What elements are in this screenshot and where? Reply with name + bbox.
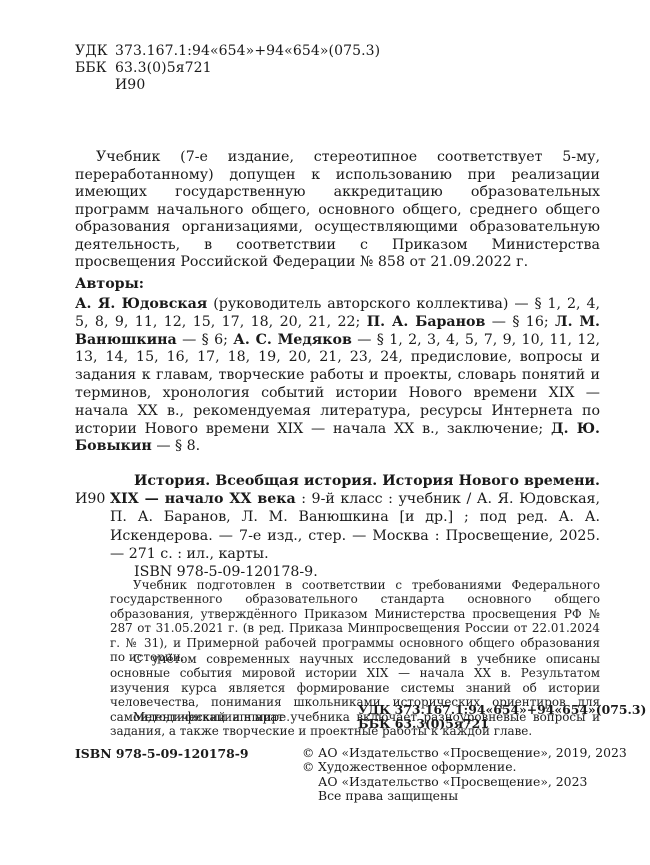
bbk-value: 63.3(0)5я721: [115, 60, 212, 77]
author-mark: И90: [115, 77, 145, 94]
catalog-code: И90: [75, 490, 105, 508]
author-contribution: — § 16;: [485, 314, 555, 330]
author-contribution: — § 8.: [152, 438, 200, 454]
bottom-classification: УДК 373.167.1:94«654»+94«654»(075.3) ББК…: [358, 703, 646, 732]
author-contribution: — § 6;: [177, 332, 234, 348]
author-mark-row: И90: [75, 77, 380, 94]
copyright-text: АО «Издательство «Просвещение», 2023: [318, 775, 587, 789]
author-name: А. Я. Юдовская: [75, 296, 207, 312]
copyright-icon: [302, 789, 318, 803]
copyright-text: АО «Издательство «Просвещение», 2019, 20…: [318, 746, 627, 760]
copyright-block: ©АО «Издательство «Просвещение», 2019, 2…: [302, 746, 627, 804]
udk-label: УДК: [75, 43, 115, 60]
bottom-bbk: ББК 63.3(0)5я721: [358, 717, 646, 731]
catalog-description: История. Всеобщая история. История Новог…: [110, 472, 600, 563]
approval-paragraph: Учебник (7-е издание, стереотипное соотв…: [75, 149, 600, 272]
copyright-icon: ©: [302, 760, 318, 774]
authors-heading: Авторы:: [75, 276, 144, 294]
udk-row: УДК 373.167.1:94«654»+94«654»(075.3): [75, 43, 380, 60]
classification-block: УДК 373.167.1:94«654»+94«654»(075.3) ББК…: [75, 43, 380, 94]
copyright-text: Художественное оформление.: [318, 760, 516, 774]
udk-value: 373.167.1:94«654»+94«654»(075.3): [115, 43, 380, 60]
footer-isbn: ISBN 978-5-09-120178-9: [75, 746, 249, 761]
bbk-label: ББК: [75, 60, 115, 77]
copyright-text: Все права защищены: [318, 789, 458, 803]
author-name: П. А. Баранов: [367, 314, 486, 330]
authors-list: А. Я. Юдовская (руководитель авторского …: [75, 296, 600, 456]
copyright-line: ©Художественное оформление.: [302, 760, 627, 774]
copyright-line: Все права защищены: [302, 789, 627, 803]
author-name: А. С. Медяков: [233, 332, 352, 348]
copyright-icon: ©: [302, 746, 318, 760]
catalog-card: И90 История. Всеобщая история. История Н…: [75, 472, 600, 581]
copyright-line: АО «Издательство «Просвещение», 2023: [302, 775, 627, 789]
copyright-line: ©АО «Издательство «Просвещение», 2019, 2…: [302, 746, 627, 760]
bbk-row: ББК 63.3(0)5я721: [75, 60, 380, 77]
bottom-udk: УДК 373.167.1:94«654»+94«654»(075.3): [358, 703, 646, 717]
copyright-icon: [302, 775, 318, 789]
